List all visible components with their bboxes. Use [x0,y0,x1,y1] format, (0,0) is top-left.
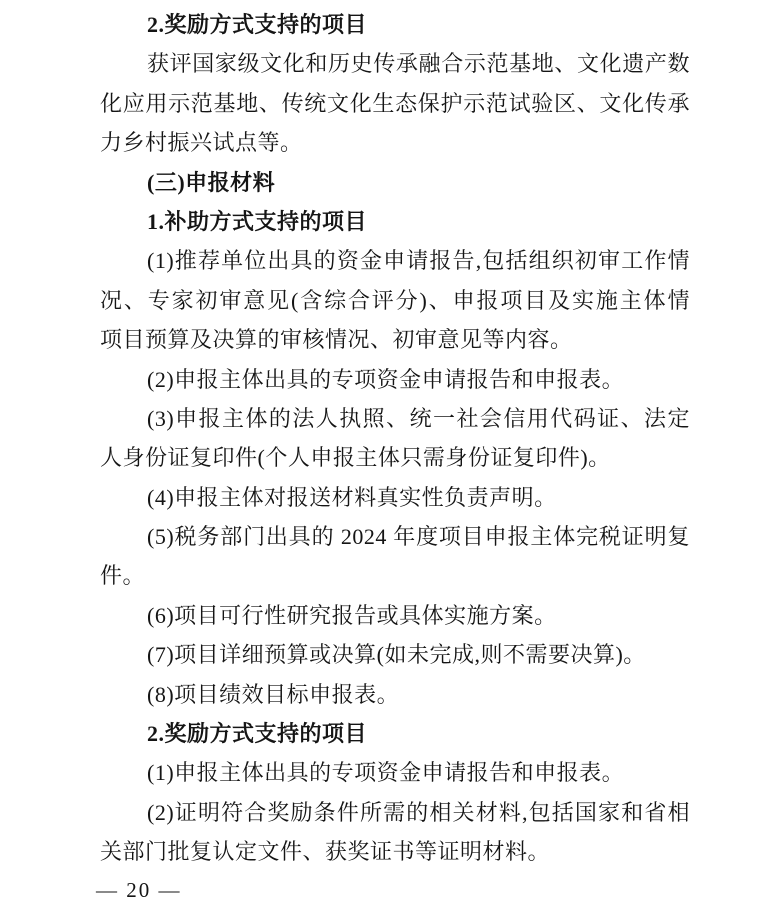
heading-line: (三)申报材料 [100,163,690,202]
text-line: 件。 [100,556,690,595]
text-line: (3)申报主体的法人执照、统一社会信用代码证、法定代表 [100,399,690,438]
heading-line: 2.奖励方式支持的项目 [100,714,690,753]
heading-line: 2.奖励方式支持的项目 [100,5,690,44]
page-footer: — 20 — [96,878,182,903]
document-body: 2.奖励方式支持的项目获评国家级文化和历史传承融合示范基地、文化遗产数字化应用示… [100,5,690,872]
text-line: 关部门批复认定文件、获奖证书等证明材料。 [100,832,690,871]
text-line: 人身份证复印件(个人申报主体只需身份证复印件)。 [100,438,690,477]
text-line: 获评国家级文化和历史传承融合示范基地、文化遗产数字 [100,44,690,83]
text-line: (2)证明符合奖励条件所需的相关材料,包括国家和省相 [100,793,690,832]
heading-line: 1.补助方式支持的项目 [100,202,690,241]
text-line: (4)申报主体对报送材料真实性负责声明。 [100,478,690,517]
page-number: — 20 — [96,878,182,902]
text-line: (5)税务部门出具的 2024 年度项目申报主体完税证明复印 [100,517,690,556]
text-line: 况、专家初审意见(含综合评分)、申报项目及实施主体情况、对 [100,281,690,320]
text-line: 力乡村振兴试点等。 [100,123,690,162]
text-line: (8)项目绩效目标申报表。 [100,675,690,714]
text-line: (6)项目可行性研究报告或具体实施方案。 [100,596,690,635]
text-line: (1)申报主体出具的专项资金申请报告和申报表。 [100,753,690,792]
document-page: 2.奖励方式支持的项目获评国家级文化和历史传承融合示范基地、文化遗产数字化应用示… [0,0,783,907]
text-line: (7)项目详细预算或决算(如未完成,则不需要决算)。 [100,635,690,674]
text-line: 化应用示范基地、传统文化生态保护示范试验区、文化传承助 [100,84,690,123]
text-line: (2)申报主体出具的专项资金申请报告和申报表。 [100,360,690,399]
text-line: (1)推荐单位出具的资金申请报告,包括组织初审工作情 [100,241,690,280]
text-line: 项目预算及决算的审核情况、初审意见等内容。 [100,320,690,359]
